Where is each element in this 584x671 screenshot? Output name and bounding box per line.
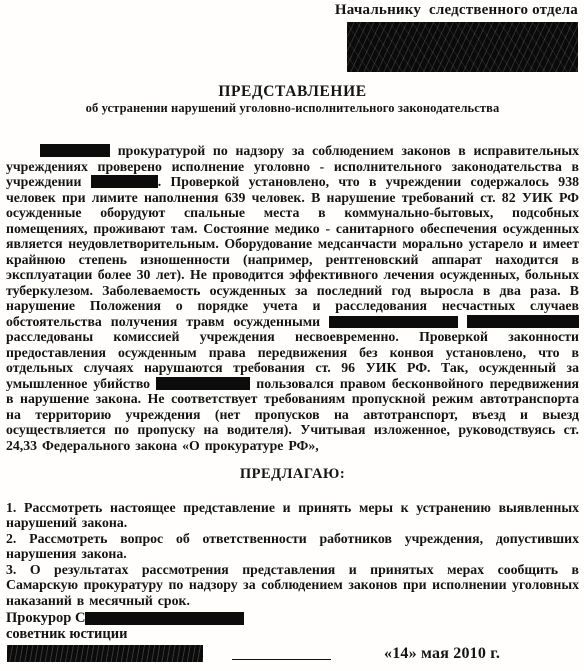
document-subtitle: об устранении нарушений уголовно-исполни… (6, 102, 579, 115)
propose-heading: ПРЕДЛАГАЮ: (6, 467, 579, 482)
stamp-redaction (7, 645, 203, 662)
demands-list: 1. Рассмотреть настоящее представление и… (6, 500, 579, 609)
inline-redaction (156, 377, 250, 390)
recipient-line: Начальнику следственного отдела (6, 2, 579, 19)
signature-line (232, 659, 331, 660)
prosecutor-line: Прокурор С (6, 610, 579, 626)
prosecutor-label: Прокурор С (6, 610, 85, 626)
inline-redaction (329, 316, 458, 328)
inline-redaction (91, 175, 158, 188)
body-paragraph: прокуратурой по надзору за соблюдением з… (6, 143, 579, 453)
rank-line: советник юстиции (6, 626, 579, 642)
inline-redaction (40, 144, 110, 157)
signature-row: «14» мая 2010 г. (6, 644, 579, 662)
document-page: Начальнику следственного отдела ПРЕДСТАВ… (0, 0, 584, 671)
prosecutor-name-redaction (85, 612, 244, 625)
demand-item-1: 1. Рассмотреть настоящее представление и… (6, 500, 579, 531)
document-date: «14» мая 2010 г. (384, 645, 500, 662)
document-title: ПРЕДСТАВЛЕНИЕ (6, 84, 579, 99)
demand-item-2: 2. Рассмотреть вопрос об ответственности… (6, 531, 579, 562)
inline-redaction (467, 315, 579, 328)
recipient-name-redaction (347, 22, 578, 72)
demand-item-3: 3. О результатах рассмотрения представле… (6, 562, 579, 609)
